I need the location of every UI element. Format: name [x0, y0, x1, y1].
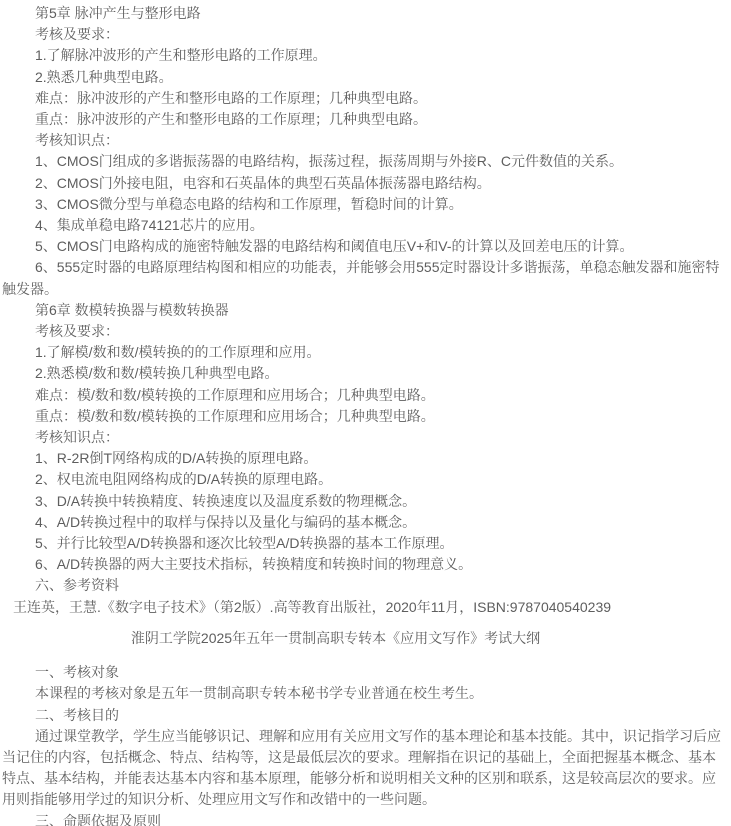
outline-paragraph: 考核及要求： — [2, 24, 727, 45]
outline-paragraph: 第5章 脉冲产生与整形电路 — [2, 3, 727, 24]
outline-paragraph: 考核及要求： — [2, 321, 727, 342]
outline-paragraph: 2.熟悉模/数和数/模转换几种典型电路。 — [2, 363, 727, 384]
outline-paragraph: 2、权电流电阻网络构成的D/A转换的原理电路。 — [2, 469, 727, 490]
outline-paragraph: 难点：模/数和数/模转换的工作原理和应用场合；几种典型电路。 — [2, 385, 727, 406]
outline-paragraph: 难点：脉冲波形的产生和整形电路的工作原理；几种典型电路。 — [2, 88, 727, 109]
digital-electronics-exam-outline: 第5章 脉冲产生与整形电路考核及要求：1.了解脉冲波形的产生和整形电路的工作原理… — [2, 3, 727, 618]
outline-paragraph: 考核知识点： — [2, 130, 727, 151]
outline-paragraph: 3、CMOS微分型与单稳态电路的结构和工作原理，暂稳时间的计算。 — [2, 194, 727, 215]
outline-paragraph: 重点：模/数和数/模转换的工作原理和应用场合；几种典型电路。 — [2, 406, 727, 427]
applied-writing-paragraphs: 一、考核对象本课程的考核对象是五年一贯制高职专转本秘书学专业普通在校生考生。二、… — [2, 662, 727, 826]
outline-paragraph: 4、A/D转换过程中的取样与保持以及量化与编码的基本概念。 — [2, 512, 727, 533]
outline-paragraph: 三、命题依据及原则 — [2, 811, 727, 826]
digital-electronics-paragraphs: 第5章 脉冲产生与整形电路考核及要求：1.了解脉冲波形的产生和整形电路的工作原理… — [2, 3, 727, 597]
outline-paragraph: 本课程的考核对象是五年一贯制高职专转本秘书学专业普通在校生考生。 — [2, 683, 727, 704]
document-page: 第5章 脉冲产生与整形电路考核及要求：1.了解脉冲波形的产生和整形电路的工作原理… — [0, 0, 731, 826]
exam-outline-title: 淮阴工学院2025年五年一贯制高职专转本《应用文写作》考试大纲 — [2, 628, 669, 649]
outline-paragraph: 重点：脉冲波形的产生和整形电路的工作原理；几种典型电路。 — [2, 109, 727, 130]
outline-paragraph: 5、并行比较型A/D转换器和逐次比较型A/D转换器的基本工作原理。 — [2, 533, 727, 554]
outline-paragraph: 一、考核对象 — [2, 662, 727, 683]
outline-paragraph: 6、A/D转换器的两大主要技术指标，转换精度和转换时间的物理意义。 — [2, 554, 727, 575]
outline-paragraph: 4、集成单稳电路74121芯片的应用。 — [2, 215, 727, 236]
outline-paragraph: 二、考核目的 — [2, 705, 727, 726]
reference-entry: 王连英，王慧.《数字电子技术》（第2版）.高等教育出版社，2020年11月，IS… — [2, 597, 727, 618]
outline-paragraph: 2、CMOS门外接电阻，电容和石英晶体的典型石英晶体振荡器电路结构。 — [2, 173, 727, 194]
outline-paragraph: 六、参考资料 — [2, 575, 727, 596]
outline-paragraph: 1.了解脉冲波形的产生和整形电路的工作原理。 — [2, 45, 727, 66]
outline-paragraph: 第6章 数模转换器与模数转换器 — [2, 300, 727, 321]
outline-paragraph: 3、D/A转换中转换精度、转换速度以及温度系数的物理概念。 — [2, 491, 727, 512]
outline-paragraph: 2.熟悉几种典型电路。 — [2, 67, 727, 88]
outline-paragraph: 通过课堂教学，学生应当能够识记、理解和应用有关应用文写作的基本理论和基本技能。其… — [2, 726, 727, 811]
outline-paragraph: 考核知识点： — [2, 427, 727, 448]
outline-paragraph: 1、R-2R倒T网络构成的D/A转换的原理电路。 — [2, 448, 727, 469]
applied-writing-exam-outline: 淮阴工学院2025年五年一贯制高职专转本《应用文写作》考试大纲 一、考核对象本课… — [2, 628, 727, 826]
outline-paragraph: 1.了解模/数和数/模转换的的工作原理和应用。 — [2, 342, 727, 363]
outline-paragraph: 6、555定时器的电路原理结构图和相应的功能表，并能够会用555定时器设计多谐振… — [2, 257, 727, 299]
outline-paragraph: 1、CMOS门组成的多谐振荡器的电路结构，振荡过程，振荡周期与外接R、C元件数值… — [2, 151, 727, 172]
outline-paragraph: 5、CMOS门电路构成的施密特触发器的电路结构和阈值电压V+和V-的计算以及回差… — [2, 236, 727, 257]
